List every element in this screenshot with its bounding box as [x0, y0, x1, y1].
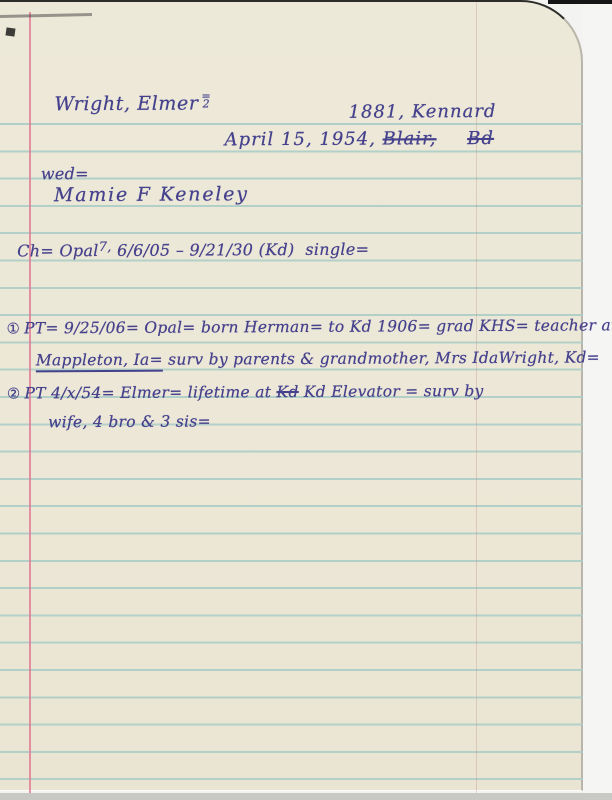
notebook-page: Wright, Elmer=2 1881, Kennard April 15, …	[0, 0, 583, 791]
children-line: Ch= Opal7, 6/6/05 – 9/21/30 (Kd) single=	[17, 240, 369, 261]
struck-place-2: Bd	[467, 128, 494, 149]
handwriting-layer: Wright, Elmer=2 1881, Kennard April 15, …	[0, 0, 585, 794]
scanner-background-right	[583, 0, 612, 793]
note-2-marker: ②	[7, 385, 25, 402]
note-2-text-start: PT 4/x/54= Elmer= lifetime at	[24, 383, 271, 402]
spouse-line: Mamie F Keneley	[54, 183, 249, 206]
note-1-underlined-place: Mappleton, Ia=	[36, 351, 163, 373]
note-2-line-2: wife, 4 bro & 3 sis=	[48, 412, 211, 431]
child-superscript: 7,	[99, 240, 112, 255]
note-1-marker: ①	[7, 320, 25, 337]
person-name: Wright, Elmer	[54, 92, 198, 115]
generation-mark: =2	[201, 92, 211, 109]
struck-place: Blair,	[383, 128, 437, 149]
death-date: April 15, 1954,	[225, 129, 376, 151]
child-status: single=	[305, 240, 369, 259]
wed-label-line: wed=	[41, 164, 89, 183]
note-2-line-1: ②PT 4/x/54= Elmer= lifetime at Kd Kd Ele…	[7, 382, 484, 402]
note-2-struck-word: Kd	[276, 383, 298, 401]
note-1-text-2: surv by parents & grandmother, Mrs IdaWr…	[163, 348, 600, 368]
note-1-text-1: PT= 9/25/06= Opal= born Herman= to Kd 19…	[24, 316, 612, 337]
spouse-name: Mamie F Keneley	[54, 183, 249, 206]
child-dates: 6/6/05 – 9/21/30 (Kd)	[117, 240, 295, 260]
death-line: April 15, 1954, Blair, Bd	[225, 128, 494, 150]
children-label: Ch=	[17, 241, 54, 260]
birth-text: 1881, Kennard	[348, 101, 496, 123]
wed-label: wed=	[41, 164, 89, 183]
note-2-text-2: wife, 4 bro & 3 sis=	[48, 412, 211, 431]
birth-line: 1881, Kennard	[348, 101, 496, 123]
note-1-line-1: ①PT= 9/25/06= Opal= born Herman= to Kd 1…	[7, 316, 612, 337]
note-1-line-2: Mappleton, Ia= surv by parents & grandmo…	[36, 348, 600, 369]
name-line: Wright, Elmer=2	[54, 92, 211, 115]
child-name: Opal	[59, 241, 98, 260]
note-2-text-end: Kd Elevator = surv by	[304, 382, 484, 401]
